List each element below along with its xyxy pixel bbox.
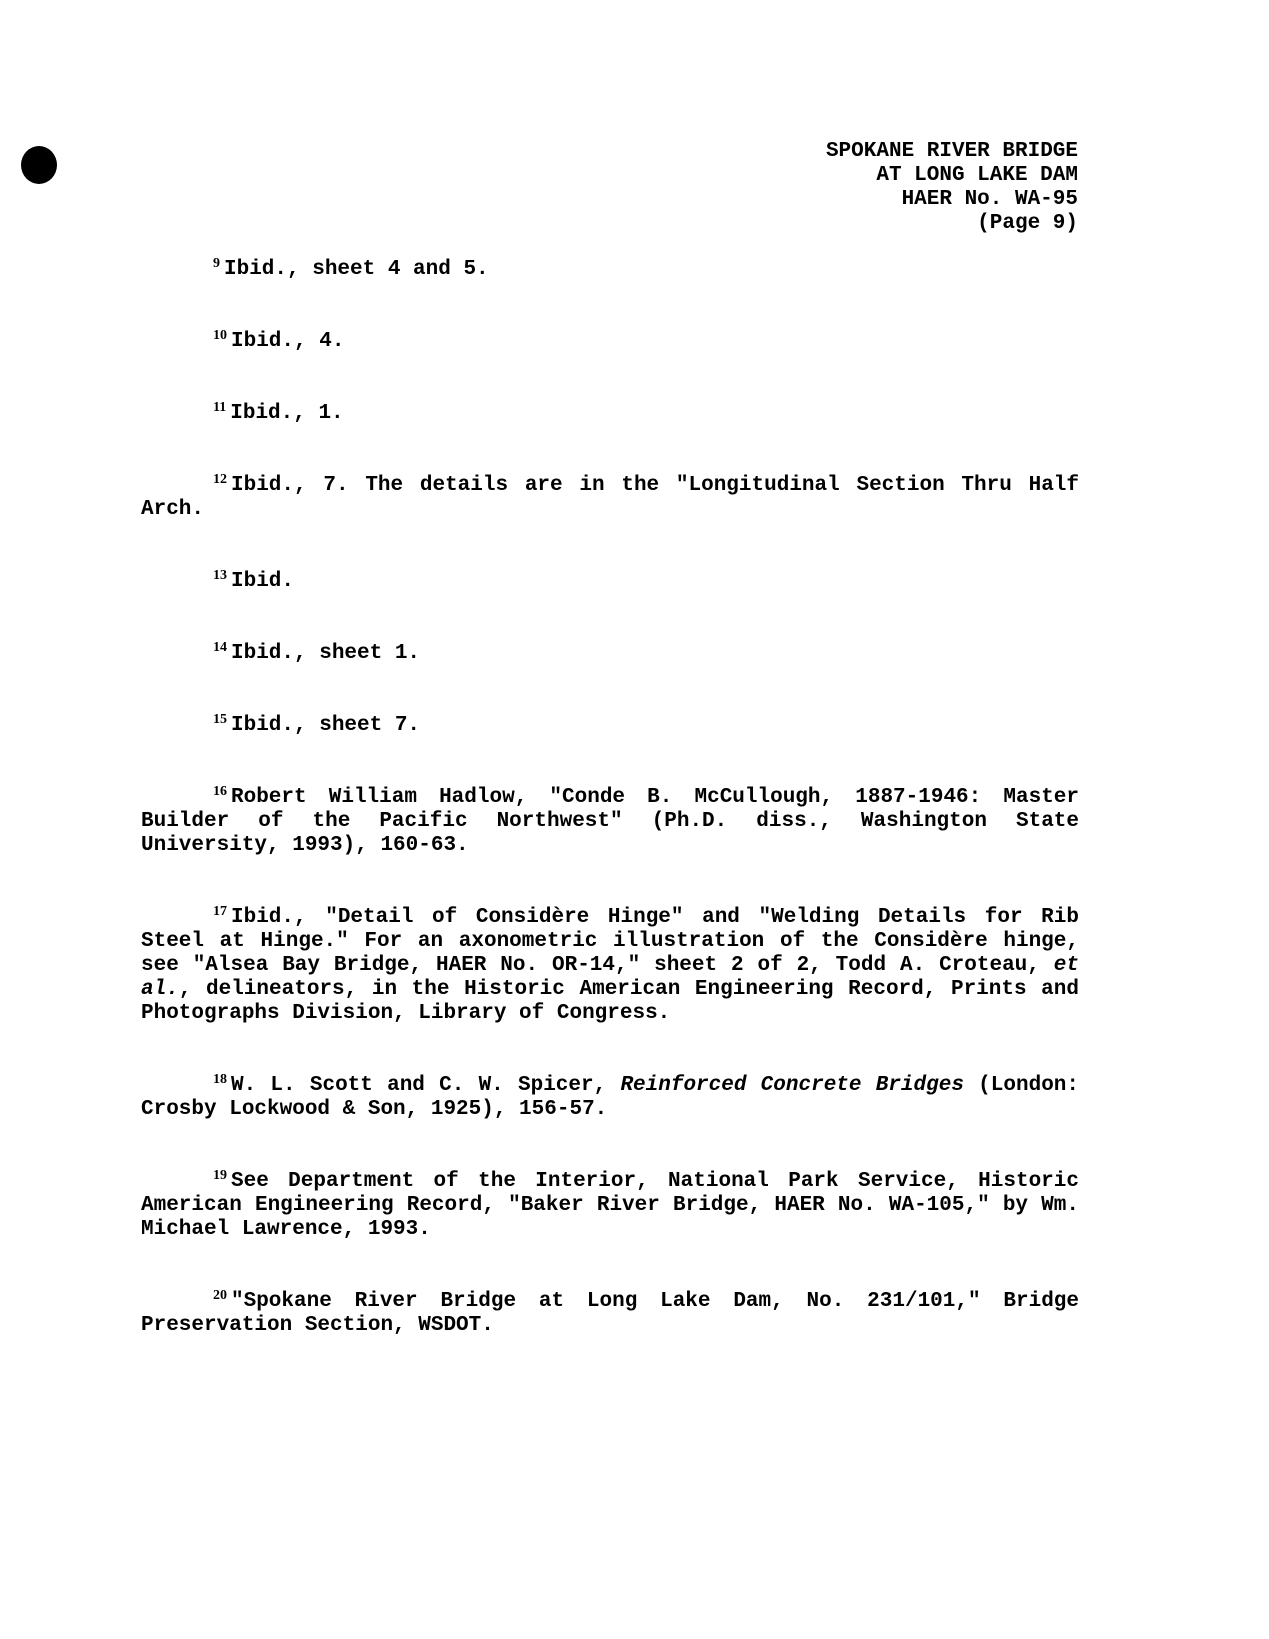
footnote-number: 15 — [213, 712, 227, 727]
footnote-number: 10 — [213, 328, 227, 343]
footnote-text: Ibid., 4. — [231, 330, 344, 353]
footnote-19: 19See Department of the Interior, Nation… — [141, 1170, 1079, 1242]
footnote-text: Ibid., sheet 4 and 5. — [224, 258, 489, 281]
header-haer-number: HAER No. WA-95 — [826, 188, 1078, 212]
footnote-number: 19 — [213, 1168, 227, 1183]
footnote-book-title: Reinforced Concrete Bridges — [620, 1074, 964, 1097]
footnotes-list: 9Ibid., sheet 4 and 5. 10Ibid., 4. 11Ibi… — [141, 258, 1079, 1338]
page-header: SPOKANE RIVER BRIDGEAT LONG LAKE DAMHAER… — [826, 140, 1078, 236]
footnote-number: 16 — [213, 784, 227, 799]
footnote-text: See Department of the Interior, National… — [141, 1170, 1079, 1241]
footnote-text-cont: , delineators, in the Historic American … — [141, 978, 1079, 1025]
footnote-number: 17 — [213, 904, 227, 919]
footnote-17: 17Ibid., "Detail of Considère Hinge" and… — [141, 906, 1079, 1026]
footnote-text: Ibid., "Detail of Considère Hinge" and "… — [141, 906, 1079, 977]
header-page-number: (Page 9) — [826, 212, 1078, 236]
footnote-13: 13Ibid. — [141, 570, 1079, 594]
footnote-number: 12 — [213, 472, 227, 487]
header-title-line-2: AT LONG LAKE DAM — [826, 164, 1078, 188]
footnote-9: 9Ibid., sheet 4 and 5. — [141, 258, 1079, 282]
footnote-text: "Spokane River Bridge at Long Lake Dam, … — [141, 1290, 1079, 1337]
footnote-10: 10Ibid., 4. — [141, 330, 1079, 354]
footnote-text: Ibid., 7. The details are in the "Longit… — [141, 474, 1079, 521]
footnote-11: 11Ibid., 1. — [141, 402, 1079, 426]
footnote-number: 18 — [213, 1072, 227, 1087]
footnote-number: 14 — [213, 640, 227, 655]
footnote-15: 15Ibid., sheet 7. — [141, 714, 1079, 738]
footnote-number: 20 — [213, 1288, 227, 1303]
footnote-20: 20"Spokane River Bridge at Long Lake Dam… — [141, 1290, 1079, 1338]
footnote-text: W. L. Scott and C. W. Spicer, — [231, 1074, 620, 1097]
footnote-text: Ibid., sheet 1. — [231, 642, 420, 665]
footnote-text: Robert William Hadlow, "Conde B. McCullo… — [141, 786, 1079, 857]
footnote-text: Ibid., 1. — [230, 402, 343, 425]
punch-hole-mark — [21, 146, 57, 184]
footnote-14: 14Ibid., sheet 1. — [141, 642, 1079, 666]
footnote-number: 9 — [213, 256, 220, 271]
footnote-12: 12Ibid., 7. The details are in the "Long… — [141, 474, 1079, 522]
header-title-line-1: SPOKANE RIVER BRIDGE — [826, 140, 1078, 164]
footnote-number: 13 — [213, 568, 227, 583]
footnote-18: 18W. L. Scott and C. W. Spicer, Reinforc… — [141, 1074, 1079, 1122]
footnote-number: 11 — [213, 400, 226, 415]
footnote-16: 16Robert William Hadlow, "Conde B. McCul… — [141, 786, 1079, 858]
footnote-text: Ibid., sheet 7. — [231, 714, 420, 737]
footnote-text: Ibid. — [231, 570, 294, 593]
